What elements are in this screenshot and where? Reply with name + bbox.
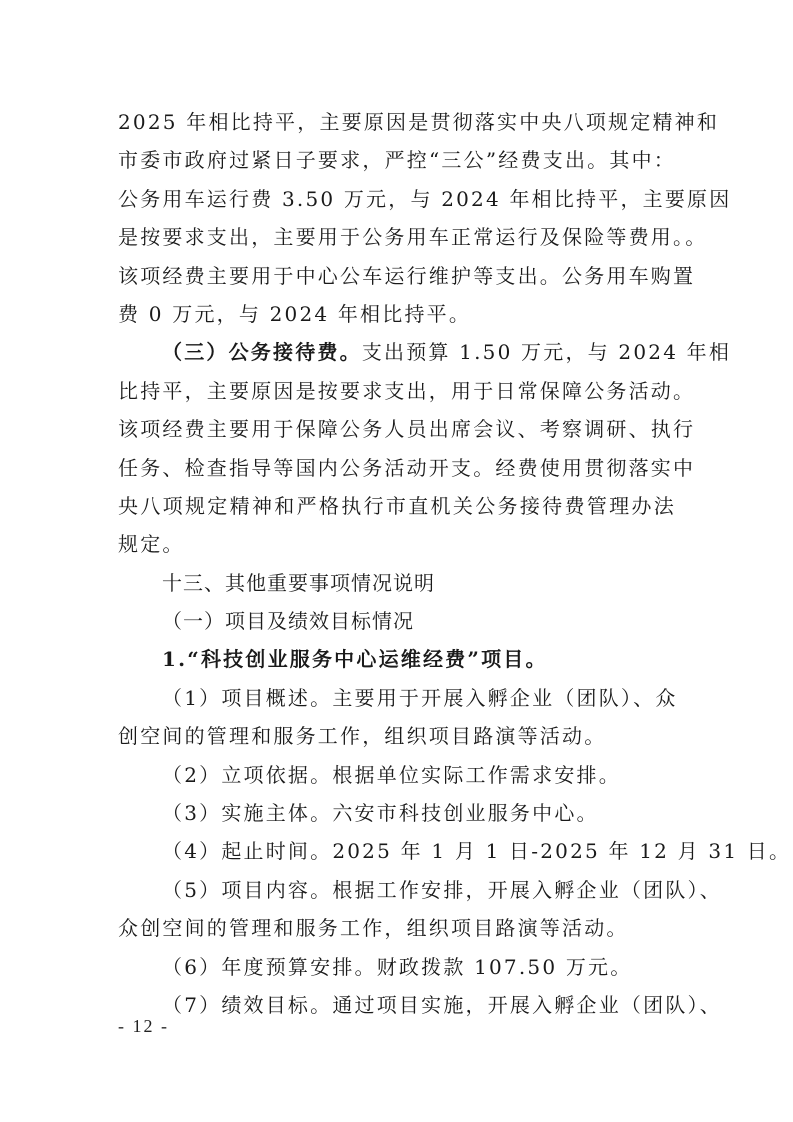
page-body: 2025 年相比持平，主要原因是贯彻落实中央八项规定精神和 市委市政府过紧日子要…: [118, 103, 676, 1024]
project-item-1: （1）项目概述。主要用于开展入孵企业（团队）、众: [118, 679, 676, 717]
project-item-5: （5）项目内容。根据工作安排，开展入孵企业（团队）、: [118, 871, 676, 909]
paragraph-line: 该项经费主要用于中心公车运行维护等支出。公务用车购置: [118, 257, 676, 295]
paragraph-line: 该项经费主要用于保障公务人员出席会议、考察调研、执行: [118, 410, 676, 448]
paragraph-line: 公务用车运行费 3.50 万元，与 2024 年相比持平，主要原因: [118, 180, 676, 218]
project-item-5-continued: 众创空间的管理和服务工作，组织项目路演等活动。: [118, 909, 676, 947]
project-item-2: （2）立项依据。根据单位实际工作需求安排。: [118, 756, 676, 794]
reception-fee-text: 支出预算 1.50 万元，与 2024 年相: [362, 340, 731, 364]
paragraph-line: 规定。: [118, 525, 676, 563]
project-item-6: （6）年度预算安排。财政拨款 107.50 万元。: [118, 948, 676, 986]
paragraph-line: 比持平，主要原因是按要求支出，用于日常保障公务活动。: [118, 372, 676, 410]
section-heading: 十三、其他重要事项情况说明: [118, 564, 676, 602]
subsection-heading: （一）项目及绩效目标情况: [118, 602, 676, 640]
paragraph-line: 费 0 万元，与 2024 年相比持平。: [118, 295, 676, 333]
project-item-3: （3）实施主体。六安市科技创业服务中心。: [118, 794, 676, 832]
paragraph-line: 市委市政府过紧日子要求，严控“三公”经费支出。其中：: [118, 141, 676, 179]
paragraph-line: 央八项规定精神和严格执行市直机关公务接待费管理办法: [118, 487, 676, 525]
project-item-4: （4）起止时间。2025 年 1 月 1 日-2025 年 12 月 31 日。: [118, 832, 676, 870]
project-item-1-continued: 创空间的管理和服务工作，组织项目路演等活动。: [118, 717, 676, 755]
reception-fee-heading: （三）公务接待费。: [162, 340, 362, 364]
document-page: 2025 年相比持平，主要原因是贯彻落实中央八项规定精神和 市委市政府过紧日子要…: [0, 0, 793, 1122]
reception-fee-paragraph-first-line: （三）公务接待费。支出预算 1.50 万元，与 2024 年相: [118, 333, 676, 371]
project-title: 1.“科技创业服务中心运维经费”项目。: [118, 640, 676, 678]
project-item-7: （7）绩效目标。通过项目实施，开展入孵企业（团队）、: [118, 986, 676, 1024]
paragraph-line: 是按要求支出，主要用于公务用车正常运行及保险等费用。。: [118, 218, 676, 256]
paragraph-line: 任务、检查指导等国内公务活动开支。经费使用贯彻落实中: [118, 449, 676, 487]
paragraph-line: 2025 年相比持平，主要原因是贯彻落实中央八项规定精神和: [118, 103, 676, 141]
page-number: - 12 -: [118, 1016, 169, 1037]
